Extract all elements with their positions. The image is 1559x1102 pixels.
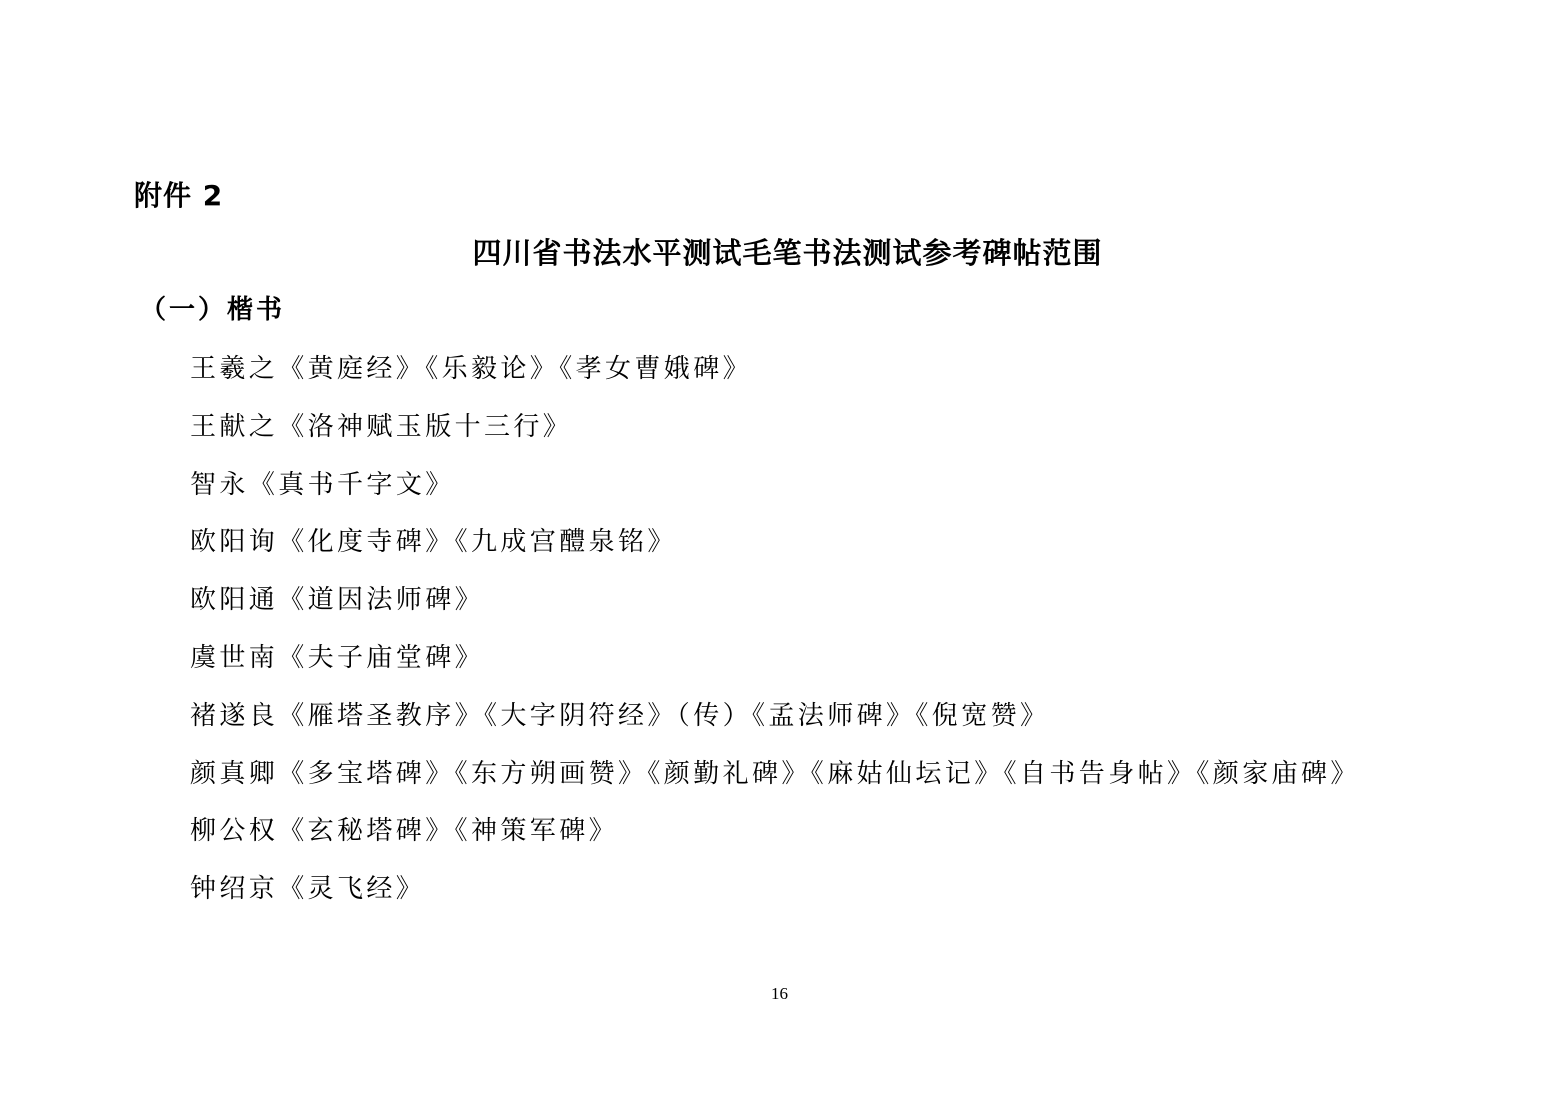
- calligrapher-name: 智永: [190, 470, 249, 500]
- work-titles: 《玄秘塔碑》《神策军碑》: [278, 816, 618, 846]
- work-titles: 《洛神赋玉版十三行》: [278, 412, 572, 442]
- list-item: 柳公权《玄秘塔碑》《神策军碑》: [190, 812, 1360, 870]
- calligrapher-name: 柳公权: [190, 816, 278, 846]
- work-titles: 《雁塔圣教序》《大字阴符经》（传）《孟法师碑》《倪宽赞》: [278, 701, 1049, 731]
- calligrapher-name: 欧阳通: [190, 585, 278, 615]
- list-item: 智永《真书千字文》: [190, 466, 1360, 524]
- document-title-container: 四川省书法水平测试毛笔书法测试参考碑帖范围: [0, 234, 1559, 272]
- work-titles: 《道因法师碑》: [278, 585, 484, 615]
- calligrapher-name: 欧阳询: [190, 527, 278, 557]
- list-item: 颜真卿《多宝塔碑》《东方朔画赞》《颜勤礼碑》《麻姑仙坛记》《自书告身帖》《颜家庙…: [190, 755, 1360, 813]
- work-titles: 《夫子庙堂碑》: [278, 643, 484, 673]
- work-titles: 《多宝塔碑》《东方朔画赞》《颜勤礼碑》《麻姑仙坛记》《自书告身帖》《颜家庙碑》: [278, 759, 1360, 789]
- work-titles: 《化度寺碑》《九成宫醴泉铭》: [278, 527, 677, 557]
- calligrapher-name: 王羲之: [190, 354, 278, 384]
- list-item: 王献之《洛神赋玉版十三行》: [190, 408, 1360, 466]
- work-titles: 《黄庭经》《乐毅论》《孝女曹娥碑》: [278, 354, 752, 384]
- list-item: 欧阳通《道因法师碑》: [190, 581, 1360, 639]
- calligrapher-name: 褚遂良: [190, 701, 278, 731]
- work-titles: 《真书千字文》: [249, 470, 455, 500]
- section-heading-kaishu: （一）楷书: [140, 293, 285, 327]
- calligrapher-name: 王献之: [190, 412, 278, 442]
- document-title: 四川省书法水平测试毛笔书法测试参考碑帖范围: [472, 234, 1102, 272]
- reference-list: 王羲之《黄庭经》《乐毅论》《孝女曹娥碑》 王献之《洛神赋玉版十三行》 智永《真书…: [190, 350, 1360, 928]
- list-item: 虞世南《夫子庙堂碑》: [190, 639, 1360, 697]
- list-item: 欧阳询《化度寺碑》《九成宫醴泉铭》: [190, 523, 1360, 581]
- list-item: 王羲之《黄庭经》《乐毅论》《孝女曹娥碑》: [190, 350, 1360, 408]
- calligrapher-name: 钟绍京: [190, 874, 278, 904]
- page-number: 16: [0, 983, 1559, 1005]
- list-item: 褚遂良《雁塔圣教序》《大字阴符经》（传）《孟法师碑》《倪宽赞》: [190, 697, 1360, 755]
- work-titles: 《灵飞经》: [278, 874, 425, 904]
- calligrapher-name: 虞世南: [190, 643, 278, 673]
- calligrapher-name: 颜真卿: [190, 759, 278, 789]
- attachment-label: 附件 2: [134, 178, 223, 214]
- list-item: 钟绍京《灵飞经》: [190, 870, 1360, 928]
- document-page: 附件 2 四川省书法水平测试毛笔书法测试参考碑帖范围 （一）楷书 王羲之《黄庭经…: [0, 0, 1559, 1102]
